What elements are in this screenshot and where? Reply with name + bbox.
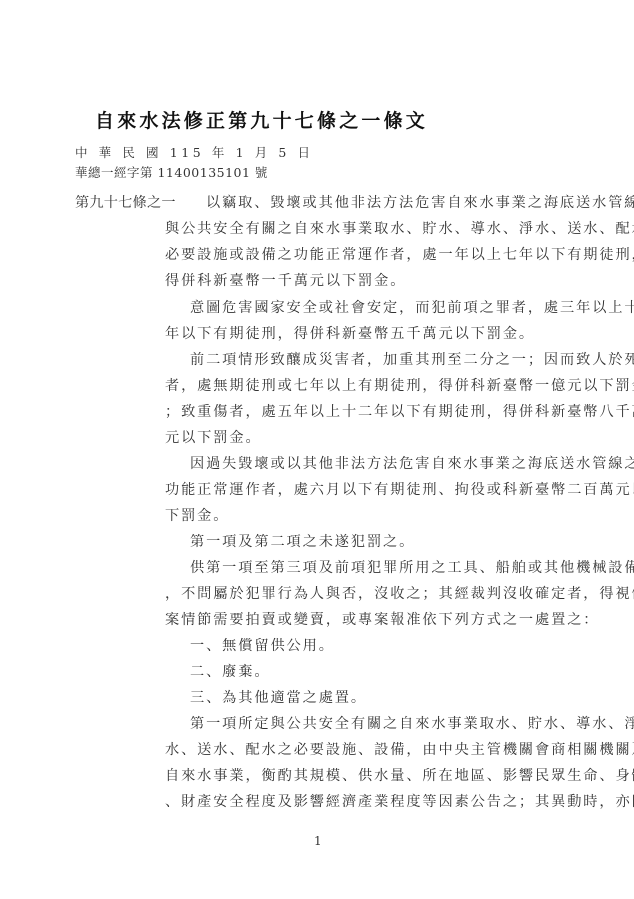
paragraph-3-line-2: 者，處無期徒刑或七年以上有期徒刑，得併科新臺幣一億元以下罰金 xyxy=(165,375,634,395)
paragraph-3-line-4: 元以下罰金。 xyxy=(165,427,262,447)
list-item-2: 二、廢棄。 xyxy=(190,661,270,681)
paragraph-1-line-3: 必要設施或設備之功能正常運作者，處一年以上七年以下有期徒刑， xyxy=(165,244,634,264)
paragraph-7-line-3: 自來水事業，衡酌其規模、供水量、所在地區、影響民眾生命、身體 xyxy=(165,765,634,785)
document-page: 自來水法修正第九十七條之一條文 中 華 民 國 115 年 1 月 5 日 華總… xyxy=(0,0,634,899)
paragraph-2-line-2: 年以下有期徒刑，得併科新臺幣五千萬元以下罰金。 xyxy=(165,323,535,343)
paragraph-6-line-3: 案情節需要拍賣或變賣，或專案報准依下列方式之一處置之： xyxy=(165,609,599,629)
document-title: 自來水法修正第九十七條之一條文 xyxy=(95,106,428,133)
paragraph-7-line-2: 水、送水、配水之必要設施、設備，由中央主管機關會商相關機關及 xyxy=(165,739,634,759)
paragraph-6-line-2: ，不問屬於犯罪行為人與否，沒收之；其經裁判沒收確定者，得視個 xyxy=(165,583,634,603)
list-item-1: 一、無償留供公用。 xyxy=(190,635,335,655)
paragraph-1-line-4: 得併科新臺幣一千萬元以下罰金。 xyxy=(165,270,406,290)
list-item-3: 三、為其他適當之處置。 xyxy=(190,687,367,707)
paragraph-7-line-1: 第一項所定與公共安全有關之自來水事業取水、貯水、導水、淨 xyxy=(190,713,634,733)
paragraph-4-line-3: 下罰金。 xyxy=(165,505,229,525)
article-label: 第九十七條之一 xyxy=(75,192,176,212)
paragraph-5-line-1: 第一項及第二項之未遂犯罰之。 xyxy=(190,531,415,551)
paragraph-4-line-1: 因過失毀壞或以其他非法方法危害自來水事業之海底送水管線之 xyxy=(190,453,634,473)
paragraph-1-line-2: 與公共安全有關之自來水事業取水、貯水、導水、淨水、送水、配水 xyxy=(165,218,634,238)
paragraph-3-line-3: ；致重傷者，處五年以上十二年以下有期徒刑，得併科新臺幣八千萬 xyxy=(165,401,634,421)
paragraph-1-line-1: 以竊取、毀壞或其他非法方法危害自來水事業之海底送水管線、 xyxy=(206,192,634,212)
promulgation-date: 中 華 民 國 115 年 1 月 5 日 xyxy=(75,143,314,161)
document-number: 華總一經字第 11400135101 號 xyxy=(75,163,268,181)
paragraph-4-line-2: 功能正常運作者，處六月以下有期徒刑、拘役或科新臺幣二百萬元以 xyxy=(165,479,634,499)
paragraph-3-line-1: 前二項情形致釀成災害者，加重其刑至二分之一；因而致人於死 xyxy=(190,349,634,369)
paragraph-2-line-1: 意圖危害國家安全或社會安定，而犯前項之罪者，處三年以上十 xyxy=(190,297,634,317)
paragraph-7-line-4: 、財產安全程度及影響經濟產業程度等因素公告之；其異動時，亦同。 xyxy=(165,791,634,811)
page-number: 1 xyxy=(314,834,322,848)
paragraph-6-line-1: 供第一項至第三項及前項犯罪所用之工具、船舶或其他機械設備 xyxy=(190,557,634,577)
